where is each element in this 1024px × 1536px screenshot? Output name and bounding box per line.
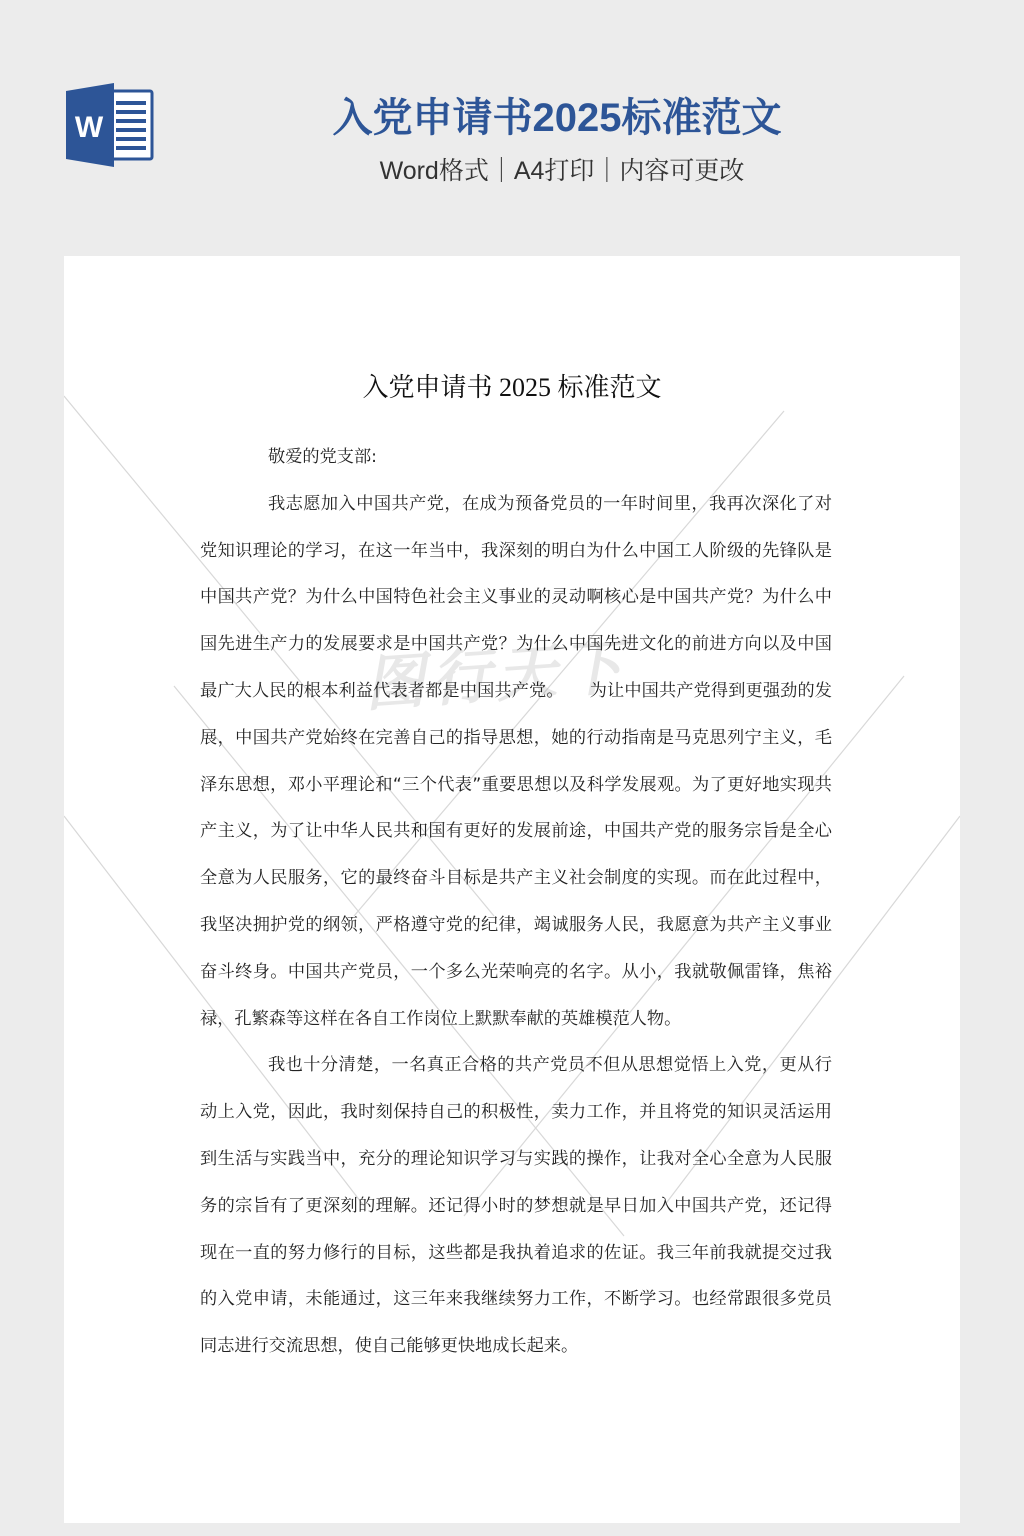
banner-subtitle: Word格式｜A4打印｜内容可更改 — [0, 153, 1024, 189]
banner-title: 入党申请书2025标准范文 — [0, 92, 1024, 144]
document-page: 图行天下 入党申请书 2025 标准范文 敬爱的党支部: 我志愿加入中国共产党，… — [64, 256, 960, 1523]
paragraph: 我也十分清楚，一名真正合格的共产党员不但从思想觉悟上入党，更从行动上入党，因此，… — [200, 1042, 832, 1370]
salutation: 敬爱的党支部: — [200, 434, 832, 481]
header-banner: W 入党申请书2025标准范文 Word格式｜A4打印｜内容可更改 — [0, 0, 1024, 256]
paragraph: 我志愿加入中国共产党，在成为预备党员的一年时间里，我再次深化了对党知识理论的学习… — [200, 481, 832, 1043]
document-title: 入党申请书 2025 标准范文 — [64, 368, 960, 408]
document-body: 敬爱的党支部: 我志愿加入中国共产党，在成为预备党员的一年时间里，我再次深化了对… — [200, 434, 832, 1370]
